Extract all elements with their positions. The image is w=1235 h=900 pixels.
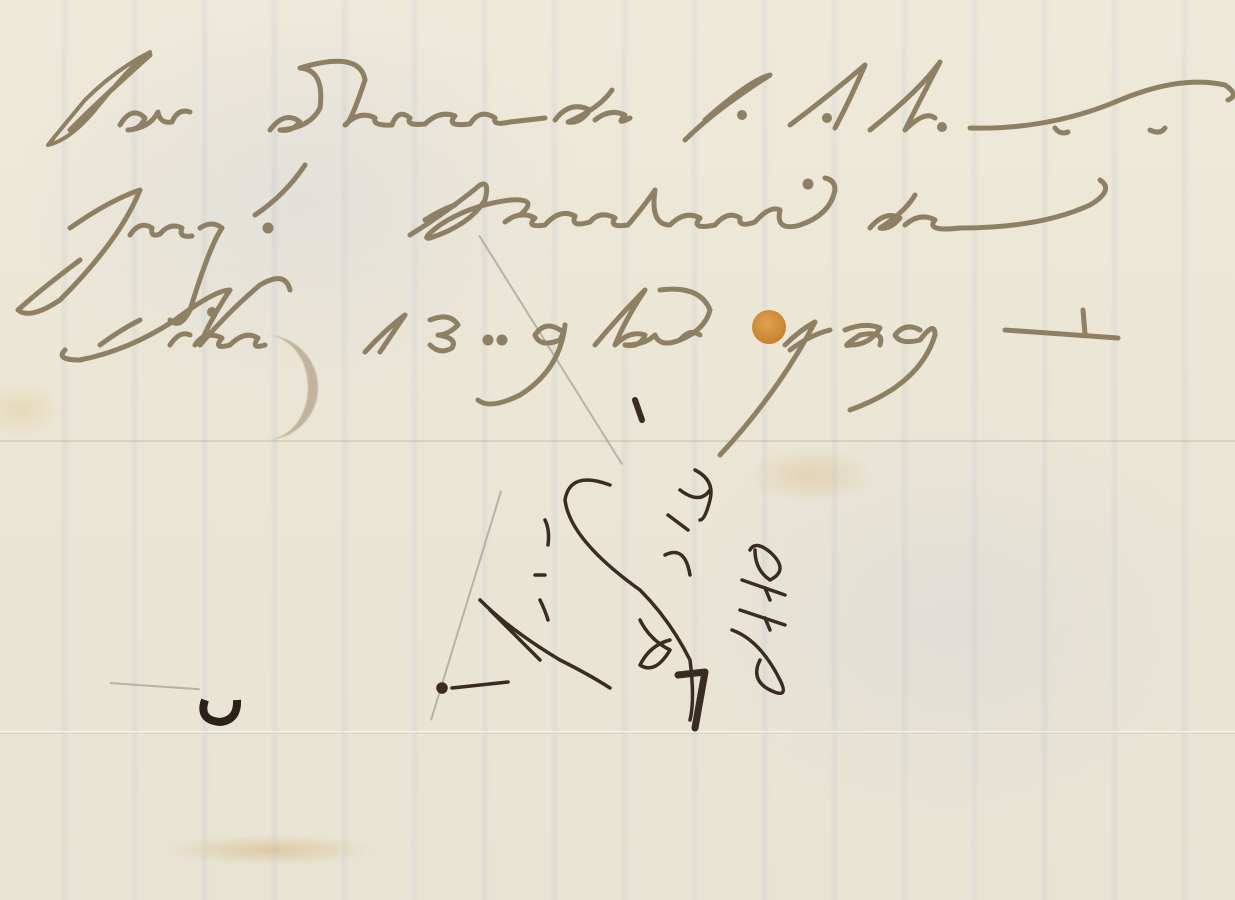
letter-sheet: Par adresse de S. A. R. S. Jacq.t Deandr… bbox=[0, 0, 1235, 900]
ink-blot bbox=[203, 700, 237, 722]
line-1-strokes bbox=[48, 52, 1233, 145]
line-2-strokes bbox=[18, 165, 1106, 323]
handwriting-layer bbox=[0, 0, 1235, 900]
line-3-strokes bbox=[62, 279, 1118, 455]
endorsement-strokes bbox=[438, 400, 785, 728]
